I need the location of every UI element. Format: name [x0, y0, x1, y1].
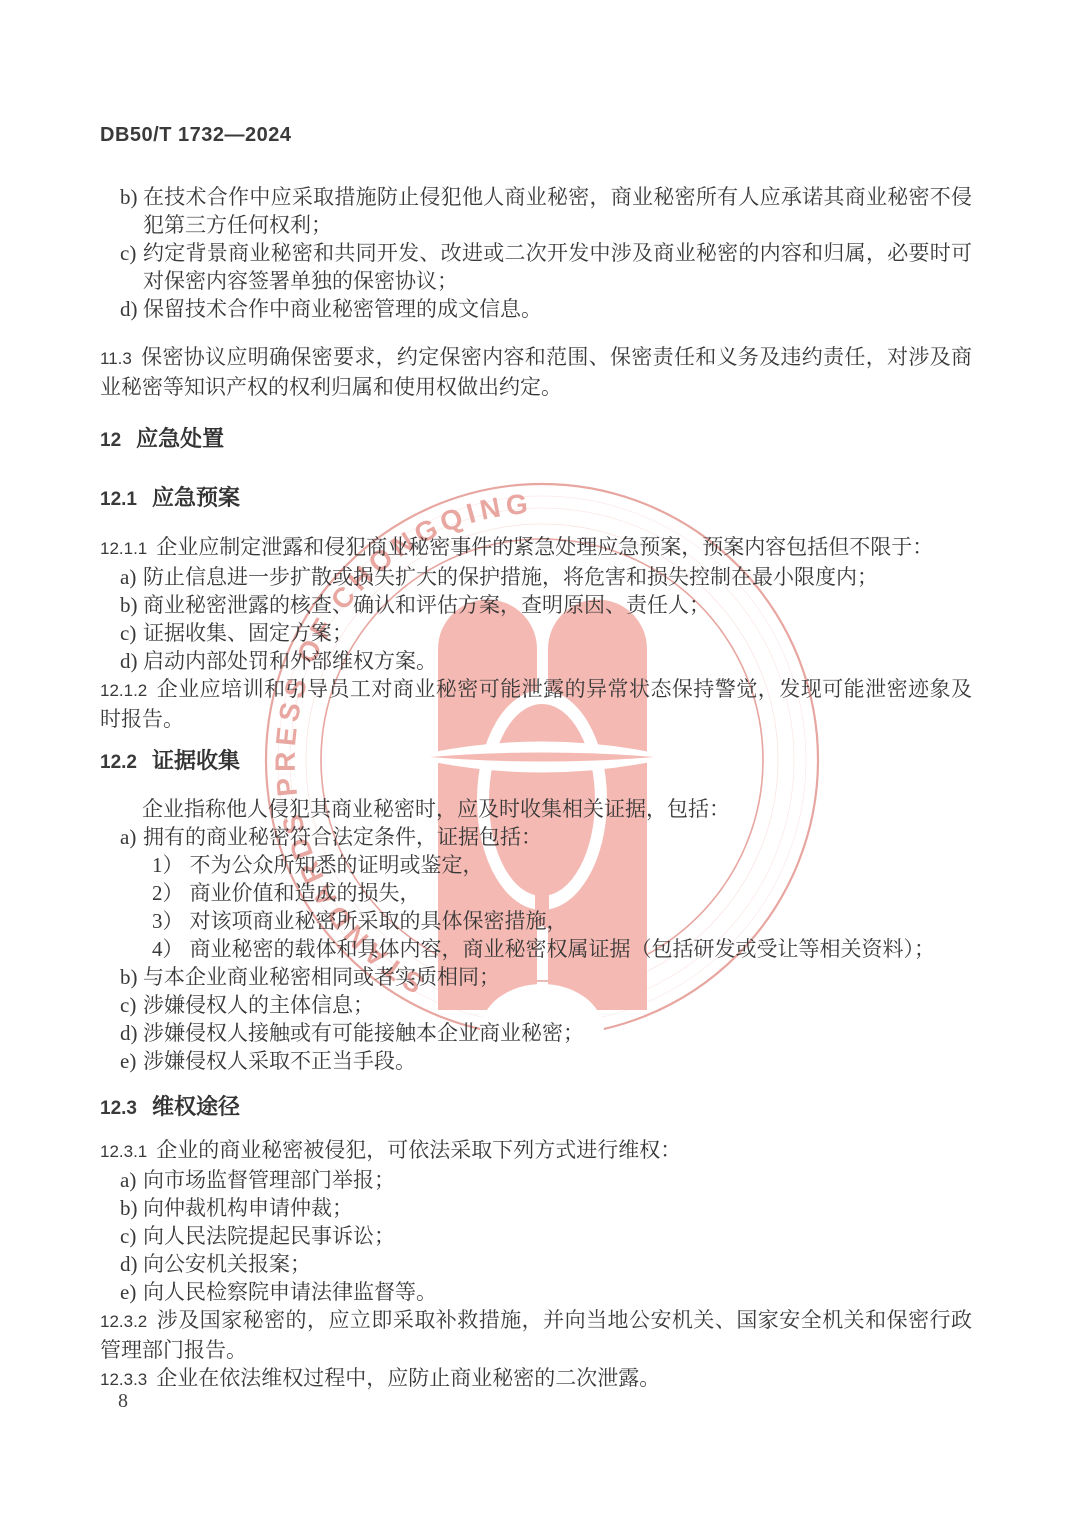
item-label: a) [120, 1166, 136, 1194]
item-text: 在技术合作中应采取措施防止侵犯他人商业秘密，商业秘密所有人应承诺其商业秘密不侵犯… [143, 185, 972, 237]
item-label: b) [120, 1194, 138, 1222]
paragraph: 企业指称他人侵犯其商业秘密时，应及时收集相关证据，包括： [100, 795, 972, 823]
clause-text: 涉及国家秘密的，应立即采取补救措施，并向当地公安机关、国家安全机关和保密行政管理… [100, 1308, 972, 1362]
item-text: 商业价值和造成的损失， [190, 881, 421, 905]
item-text: 涉嫌侵权人接触或有可能接触本企业商业秘密； [143, 1021, 584, 1045]
item-label: d) [120, 647, 138, 675]
item-label: b) [120, 963, 138, 991]
numbered-paragraph: 12.1.2企业应培训和引导员工对商业秘密可能泄露的异常状态保持警觉，发现可能泄… [100, 675, 972, 733]
subsection-heading: 12.2证据收集 [100, 747, 972, 777]
list-item: a)防止信息进一步扩散或损失扩大的保护措施，将危害和损失控制在最小限度内； [100, 563, 972, 591]
item-text: 涉嫌侵权人采取不正当手段。 [143, 1049, 416, 1073]
list-item: d)向公安机关报案； [100, 1250, 972, 1278]
item-label: e) [120, 1047, 136, 1075]
clause-number: 12.1.2 [100, 681, 147, 700]
page-number: 8 [118, 1390, 128, 1413]
item-text: 保留技术合作中商业秘密管理的成文信息。 [143, 297, 542, 321]
clause-number: 11.3 [100, 349, 132, 368]
document-code: DB50/T 1732—2024 [100, 124, 291, 147]
item-text: 拥有的商业秘密符合法定条件，证据包括： [143, 825, 542, 849]
item-text: 商业秘密泄露的核查、确认和评估方案，查明原因、责任人； [143, 593, 710, 617]
item-text: 启动内部处罚和外部维权方案。 [143, 649, 437, 673]
list-item: e)涉嫌侵权人采取不正当手段。 [100, 1047, 972, 1075]
list-item: b)商业秘密泄露的核查、确认和评估方案，查明原因、责任人； [100, 591, 972, 619]
item-text: 向市场监督管理部门举报； [143, 1168, 395, 1192]
list-item: d)启动内部处罚和外部维权方案。 [100, 647, 972, 675]
item-label: c) [120, 239, 136, 267]
sub-list-item: 3）对该项商业秘密所采取的具体保密措施， [100, 907, 972, 935]
clause-text: 企业的商业秘密被侵犯，可依法采取下列方式进行维权： [156, 1138, 681, 1162]
list-item: c)向人民法院提起民事诉讼； [100, 1222, 972, 1250]
list-item: c)涉嫌侵权人的主体信息； [100, 991, 972, 1019]
item-label: 3） [152, 909, 184, 933]
item-label: d) [120, 1250, 138, 1278]
clause-number: 12.1 [100, 489, 137, 510]
sub-list-item: 4）商业秘密的载体和具体内容，商业秘密权属证据（包括研发或受让等相关资料）； [100, 935, 972, 963]
item-text: 与本企业商业秘密相同或者实质相同； [143, 965, 500, 989]
list-item: c)约定背景商业秘密和共同开发、改进或二次开发中涉及商业秘密的内容和归属，必要时… [100, 239, 972, 295]
list-item: b)在技术合作中应采取措施防止侵犯他人商业秘密，商业秘密所有人应承诺其商业秘密不… [100, 183, 972, 239]
list-item: b)向仲裁机构申请仲裁； [100, 1194, 972, 1222]
numbered-paragraph: 12.3.3企业在依法维权过程中，应防止商业秘密的二次泄露。 [100, 1364, 972, 1394]
clause-text: 证据收集 [152, 748, 240, 773]
item-label: 4） [152, 937, 184, 961]
subsection-heading: 12.1应急预案 [100, 484, 972, 514]
list-item: a)向市场监督管理部门举报； [100, 1166, 972, 1194]
item-label: a) [120, 563, 136, 591]
list-item: d)保留技术合作中商业秘密管理的成文信息。 [100, 295, 972, 323]
item-text: 证据收集、固定方案； [143, 621, 353, 645]
document-body: b)在技术合作中应采取措施防止侵犯他人商业秘密，商业秘密所有人应承诺其商业秘密不… [100, 150, 972, 1394]
item-text: 涉嫌侵权人的主体信息； [143, 993, 374, 1017]
clause-text: 应急预案 [152, 485, 240, 510]
clause-text: 企业应培训和引导员工对商业秘密可能泄露的异常状态保持警觉，发现可能泄密迹象及时报… [100, 677, 972, 731]
item-text: 向人民检察院申请法律监督等。 [143, 1280, 437, 1304]
clause-text: 应急处置 [136, 426, 224, 451]
clause-number: 12.3.2 [100, 1312, 147, 1331]
item-label: d) [120, 295, 138, 323]
item-label: c) [120, 991, 136, 1019]
list-item: b)与本企业商业秘密相同或者实质相同； [100, 963, 972, 991]
clause-number: 12 [100, 430, 121, 451]
section-heading: 12应急处置 [100, 425, 972, 455]
item-label: b) [120, 183, 138, 211]
item-label: d) [120, 1019, 138, 1047]
item-label: a) [120, 823, 136, 851]
item-text: 约定背景商业秘密和共同开发、改进或二次开发中涉及商业秘密的内容和归属，必要时可对… [143, 241, 972, 293]
item-label: b) [120, 591, 138, 619]
item-label: e) [120, 1278, 136, 1306]
clause-text: 企业在依法维权过程中，应防止商业秘密的二次泄露。 [156, 1366, 660, 1390]
list-item: a)拥有的商业秘密符合法定条件，证据包括： [100, 823, 972, 851]
item-text: 不为公众所知悉的证明或鉴定， [190, 853, 484, 877]
item-label: c) [120, 619, 136, 647]
item-text: 商业秘密的载体和具体内容，商业秘密权属证据（包括研发或受让等相关资料）； [190, 937, 936, 961]
item-text: 对该项商业秘密所采取的具体保密措施， [190, 909, 568, 933]
numbered-paragraph: 11.3保密协议应明确保密要求，约定保密内容和范围、保密责任和义务及违约责任，对… [100, 343, 972, 401]
list-item: c)证据收集、固定方案； [100, 619, 972, 647]
numbered-paragraph: 12.1.1企业应制定泄露和侵犯商业秘密事件的紧急处理应急预案，预案内容包括但不… [100, 533, 972, 563]
clause-number: 12.2 [100, 752, 137, 773]
list-item: d)涉嫌侵权人接触或有可能接触本企业商业秘密； [100, 1019, 972, 1047]
clause-text: 保密协议应明确保密要求，约定保密内容和范围、保密责任和义务及违约责任，对涉及商业… [100, 345, 972, 399]
item-text: 向公安机关报案； [143, 1252, 311, 1276]
item-text: 向仲裁机构申请仲裁； [143, 1196, 353, 1220]
clause-text: 维权途径 [152, 1094, 240, 1119]
clause-number: 12.3.3 [100, 1370, 147, 1389]
numbered-paragraph: 12.3.1企业的商业秘密被侵犯，可依法采取下列方式进行维权： [100, 1136, 972, 1166]
subsection-heading: 12.3维权途径 [100, 1093, 972, 1123]
document-page: STANDARDS PRESS OF CHONGQING DB50/T 1732… [0, 0, 1074, 1520]
item-text: 防止信息进一步扩散或损失扩大的保护措施，将危害和损失控制在最小限度内； [143, 565, 878, 589]
list-item: e)向人民检察院申请法律监督等。 [100, 1278, 972, 1306]
numbered-paragraph: 12.3.2涉及国家秘密的，应立即采取补救措施，并向当地公安机关、国家安全机关和… [100, 1306, 972, 1364]
item-label: c) [120, 1222, 136, 1250]
sub-list-item: 2）商业价值和造成的损失， [100, 879, 972, 907]
item-label: 2） [152, 881, 184, 905]
item-label: 1） [152, 853, 184, 877]
item-text: 向人民法院提起民事诉讼； [143, 1224, 395, 1248]
clause-number: 12.1.1 [100, 539, 147, 558]
clause-number: 12.3.1 [100, 1142, 147, 1161]
sub-list-item: 1）不为公众所知悉的证明或鉴定， [100, 851, 972, 879]
clause-text: 企业应制定泄露和侵犯商业秘密事件的紧急处理应急预案，预案内容包括但不限于： [156, 535, 933, 559]
clause-number: 12.3 [100, 1098, 137, 1119]
